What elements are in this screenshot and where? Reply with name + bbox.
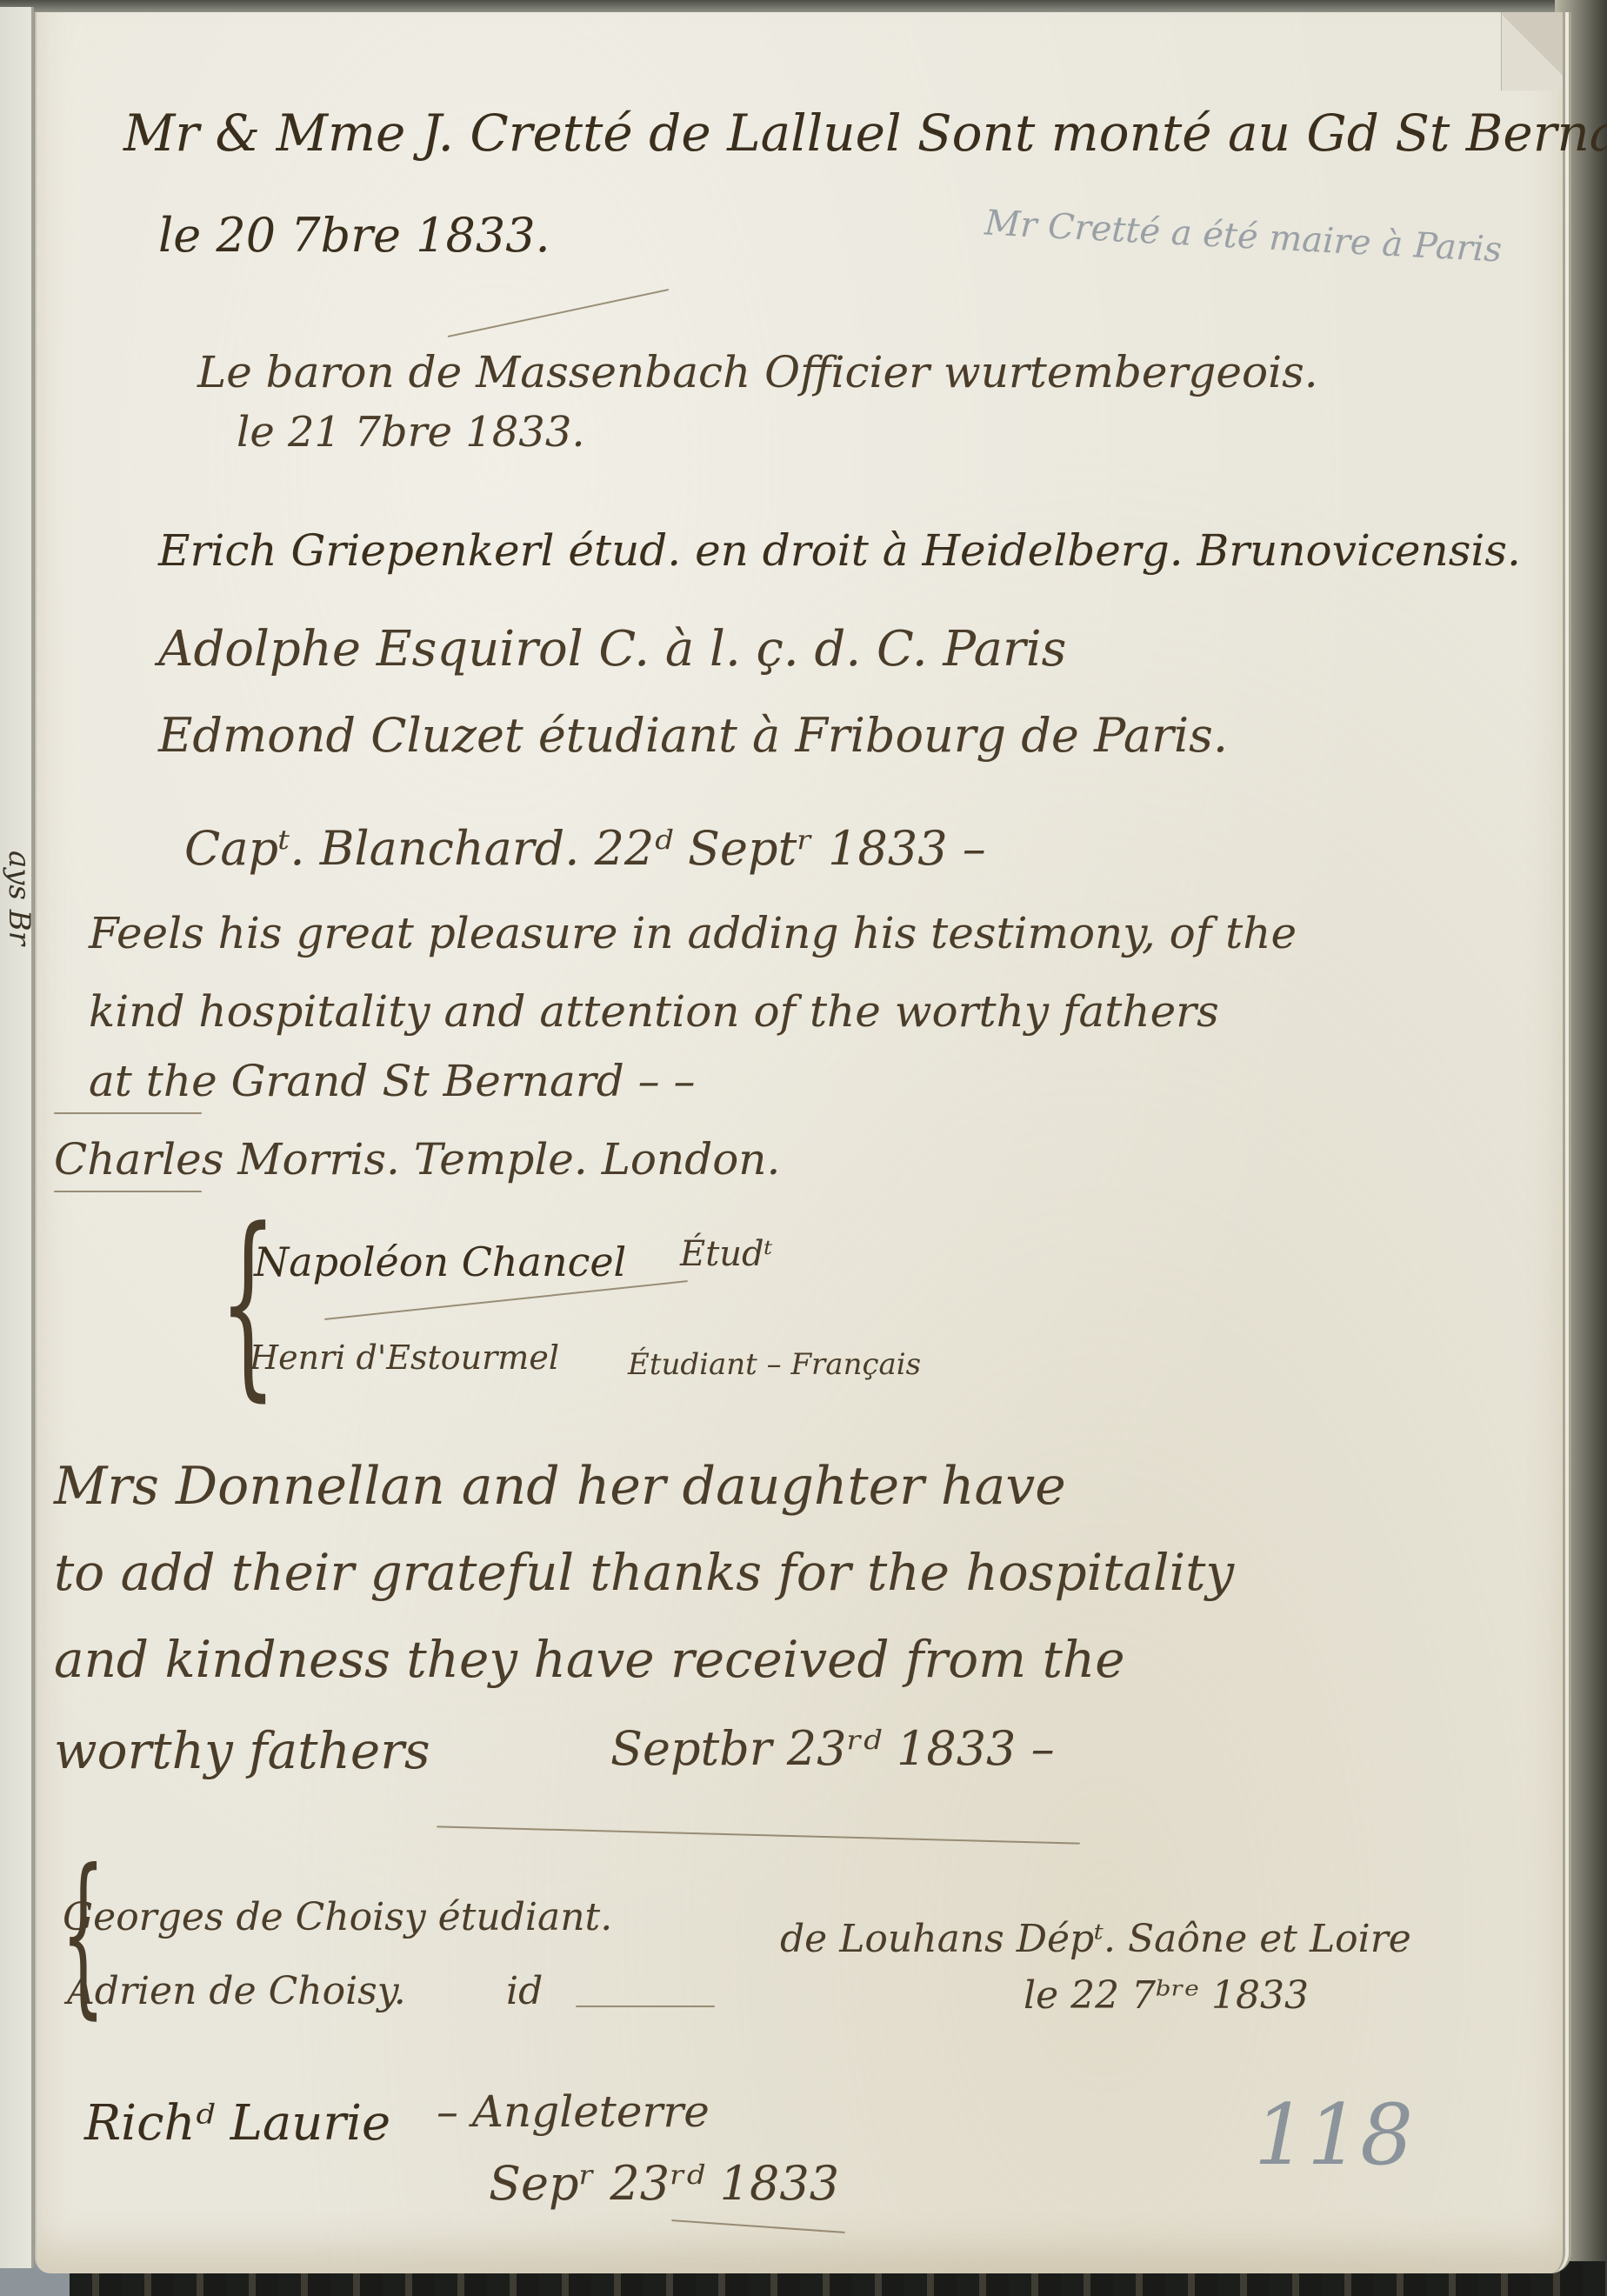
- folio-number: 118: [1254, 2086, 1413, 2184]
- section-divider: [437, 1825, 1080, 1844]
- flourish-stroke: [671, 2219, 845, 2233]
- entry-blanchard-body-3: at the Grand St Bernard – –: [89, 1056, 696, 1106]
- entry-morris: Charles Morris. Temple. London.: [54, 1134, 780, 1185]
- entry-donnellan-body-1: Mrs Donnellan and her daughter have: [54, 1456, 1066, 1517]
- entry-donnellan-body-3: and kindness they have received from the: [54, 1630, 1125, 1689]
- signature-flourish: [324, 1280, 688, 1320]
- entry-donnellan-body-4: worthy fathers: [54, 1721, 430, 1780]
- entry-griepenkerl: Erich Griepenkerl étud. en droit à Heide…: [158, 525, 1521, 576]
- previous-page-margin-text: ays Br: [2, 851, 37, 945]
- separator-rule: [54, 1112, 202, 1114]
- entry-blanchard-body-2: kind hospitality and attention of the wo…: [89, 986, 1219, 1037]
- entry-blanchard-body-1: Feels his great pleasure in adding his t…: [89, 908, 1297, 958]
- separator-rule: [54, 1191, 202, 1192]
- entry-donnellan-date: Septbr 23ʳᵈ 1833 –: [610, 1721, 1055, 1776]
- entry-laurie-place: – Angleterre: [437, 2086, 710, 2137]
- entry-laurie-name: Richᵈ Laurie: [84, 2095, 390, 2152]
- book-cover-top-edge: [0, 0, 1607, 12]
- entry-crette-line-2: le 20 7bre 1833.: [158, 208, 550, 263]
- entry-massenbach-line-1: Le baron de Massenbach Officier wurtembe…: [197, 347, 1318, 397]
- entry-choisy-origin: de Louhans Dépᵗ. Saône et Loire: [780, 1917, 1411, 1961]
- entry-estourmel-name: Henri d'Estourmel: [250, 1338, 559, 1377]
- entry-choisy-date: le 22 7ᵇʳᵉ 1833: [1024, 1973, 1309, 2018]
- entry-estourmel-role: Étudiant – Français: [628, 1347, 921, 1382]
- entry-georges-choisy: Georges de Choisy étudiant.: [63, 1895, 612, 1939]
- entry-blanchard-header: Capᵗ. Blanchard. 22ᵈ Septʳ 1833 –: [184, 821, 986, 876]
- entry-adrien-choisy-idem: id: [506, 1969, 543, 2013]
- flourish-stroke: [448, 289, 670, 337]
- entry-massenbach-line-2: le 21 7bre 1833.: [237, 408, 585, 457]
- entry-chancel-name: Napoléon Chancel: [254, 1238, 626, 1285]
- entry-donnellan-body-2: to add their grateful thanks for the hos…: [54, 1543, 1234, 1602]
- entry-adrien-choisy: Adrien de Choisy.: [67, 1969, 406, 2013]
- entry-crette-line-1: Mr & Mme J. Cretté de Lalluel Sont monté…: [123, 103, 1607, 163]
- folded-corner: [1501, 12, 1563, 90]
- entry-cluzet: Edmond Cluzet étudiant à Fribourg de Par…: [158, 708, 1228, 763]
- manuscript-page: Mr & Mme J. Cretté de Lalluel Sont monté…: [35, 12, 1571, 2273]
- pencil-annotation: Mr Cretté a été maire à Paris: [984, 203, 1503, 270]
- entry-esquirol: Adolphe Esquirol C. à l. ç. d. C. Paris: [158, 621, 1066, 677]
- separator-rule: [576, 2006, 715, 2007]
- entry-laurie-date: Sepʳ 23ʳᵈ 1833: [489, 2156, 839, 2211]
- entry-chancel-role: Étudᵗ: [680, 1234, 773, 1274]
- previous-page-edge: ays Br: [0, 7, 34, 2268]
